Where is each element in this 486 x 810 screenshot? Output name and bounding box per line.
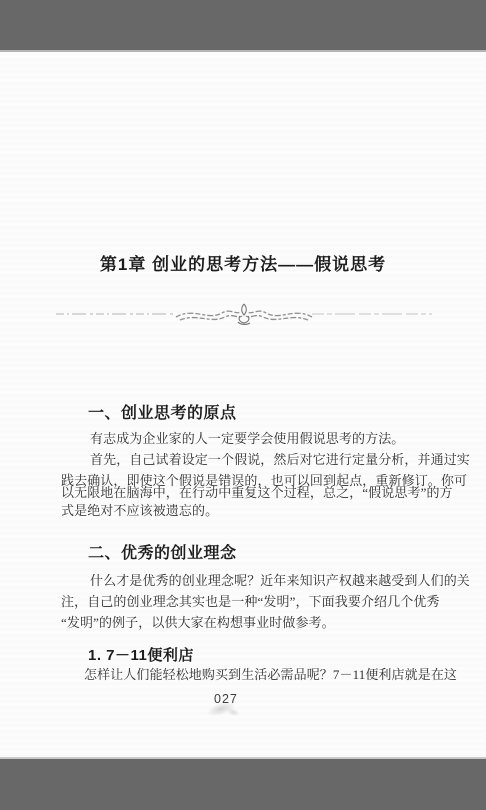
section2-heading: 二、优秀的创业理念 (88, 540, 237, 563)
section1-paragraph2-line1: 首先，自己试着设定一个假说，然后对它进行定量分析，并通过实 (90, 449, 470, 468)
section2-paragraph1-line1: 什么才是优秀的创业理念呢？近年来知识产权越来越受到人们的关 (90, 570, 470, 589)
ebook-reader-screen[interactable]: 第1章 创业的思考方法——假说思考 一、创业思考的原点 有志成为企业家的人一定要… (0, 0, 486, 810)
section1-paragraph1: 有志成为企业家的人一定要学会使用假说思考的方法。 (90, 428, 404, 447)
section2-paragraph1-line3: “发明”的例子，以供大家在构想事业时做参考。 (61, 612, 335, 631)
paper-texture (0, 52, 486, 757)
reader-top-letterbox (0, 0, 486, 52)
subsection-heading: 1. 7－11便利店 (88, 644, 194, 665)
section1-paragraph2-line3: 以无限地在脑海中，在行动中重复这个过程，总之，“假说思考”的方 (61, 482, 453, 501)
subsection-line1: 怎样让人们能轻松地购买到生活必需品呢？7－11便利店就是在这 (84, 664, 457, 683)
reader-bottom-letterbox (0, 757, 486, 810)
floral-flourish-divider-icon (54, 299, 434, 329)
chapter-title: 第1章 创业的思考方法——假说思考 (0, 250, 486, 275)
section2-paragraph1-line2: 注，自己的创业理念其实也是一种“发明”，下面我要介绍几个优秀 (61, 591, 440, 610)
section1-heading: 一、创业思考的原点 (88, 400, 237, 423)
section1-paragraph2-line4: 式是绝对不应该被遗忘的。 (61, 500, 218, 519)
scan-smudge-small (225, 706, 241, 718)
